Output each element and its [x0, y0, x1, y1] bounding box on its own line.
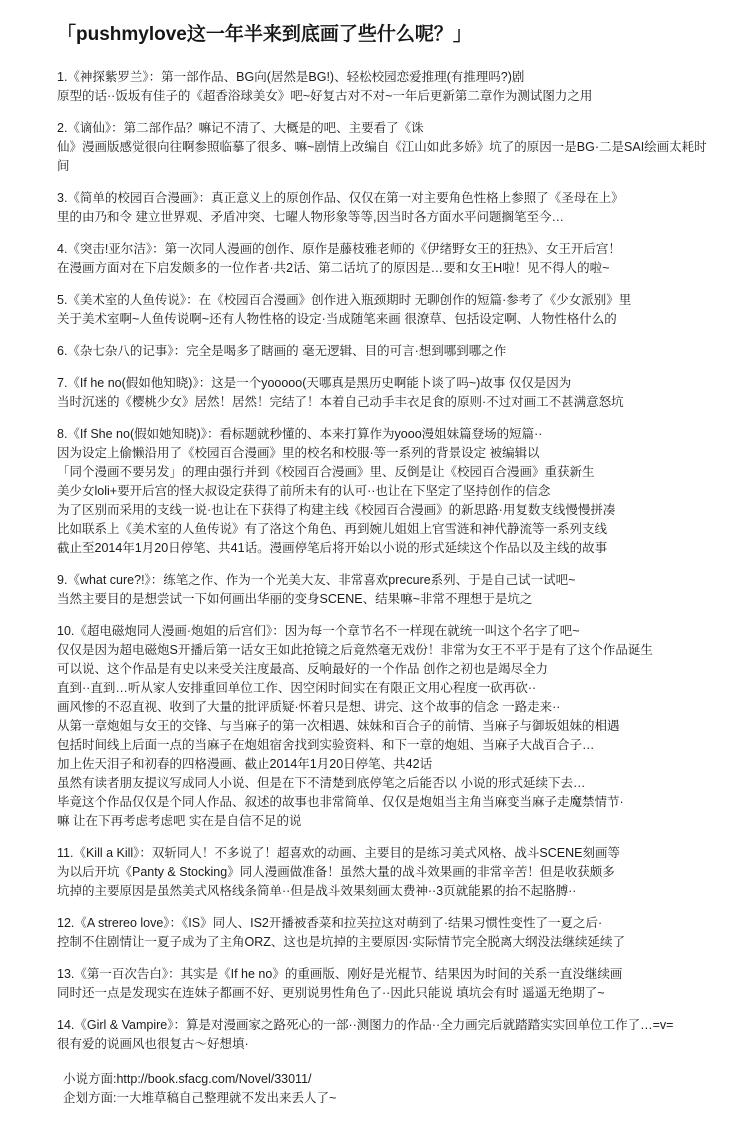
work-entry-11: 11.《Kill a Kill》：双斩同人！不多说了！超喜欢的动画、主要目的是练… [57, 844, 716, 901]
work-entry-3: 3.《简单的校园百合漫画》：真正意义上的原创作品、仅仅在第一对主要角色性格上参照… [57, 189, 716, 227]
work-entry-2: 2.《谪仙》：第二部作品？嘛记不清了、大概是的吧、主要看了《诛 仙》漫画版感觉很… [57, 119, 716, 176]
work-entry-7: 7.《If he no(假如他知晓)》：这是一个yooooo(天哪真是黑历史啊能… [57, 374, 716, 412]
work-entry-5: 5.《美术室的人鱼传说》：在《校园百合漫画》创作进入瓶颈期时 无聊创作的短篇·参… [57, 291, 716, 329]
novel-label: 小说方面: [63, 1072, 116, 1086]
novel-link-line: 小说方面:http://book.sfacg.com/Novel/33011/ [63, 1070, 716, 1089]
work-entry-4: 4.《突击!亚尔洁》：第一次同人漫画的创作、原作是藤枝雅老师的《伊绪野女王的狂热… [57, 240, 716, 278]
novel-url: http://book.sfacg.com/Novel/33011/ [116, 1072, 311, 1086]
work-entry-12: 12.《A strereo love》：《IS》同人、IS2开播被香菜和拉芙拉这… [57, 914, 716, 952]
work-entry-6: 6.《杂七杂八的记事》：完全是喝多了瞎画的 毫无逻辑、目的可言·想到哪到哪之作 [57, 342, 716, 361]
work-entry-9: 9.《what cure?!》：练笔之作、作为一个光美大友、非常喜欢precur… [57, 571, 716, 609]
work-entry-14: 14.《Girl & Vampire》：算是对漫画家之路死心的一部··测图力的作… [57, 1016, 716, 1054]
footer: 小说方面:http://book.sfacg.com/Novel/33011/ … [63, 1070, 716, 1108]
page-title: 「pushmylove这一年半来到底画了些什么呢？」 [57, 24, 716, 46]
work-entry-1: 1.《神探紫罗兰》：第一部作品、BG向(居然是BG!)、轻松校园恋爱推理(有推理… [57, 68, 716, 106]
work-entry-13: 13.《第一百次告白》：其实是《If he no》的重画版、刚好是光棍节、结果因… [57, 965, 716, 1003]
document-page: 「pushmylove这一年半来到底画了些什么呢？」 1.《神探紫罗兰》：第一部… [0, 0, 744, 1128]
plan-line: 企划方面:一大堆草稿自己整理就不发出来丢人了~ [63, 1089, 716, 1108]
work-entry-10: 10.《超电磁炮同人漫画·炮姐的后宫们》：因为每一个章节名不一样现在就统一叫这个… [57, 622, 716, 831]
work-entry-8: 8.《If She no(假如她知晓)》：看标题就秒懂的、本来打算作为yooo漫… [57, 425, 716, 558]
